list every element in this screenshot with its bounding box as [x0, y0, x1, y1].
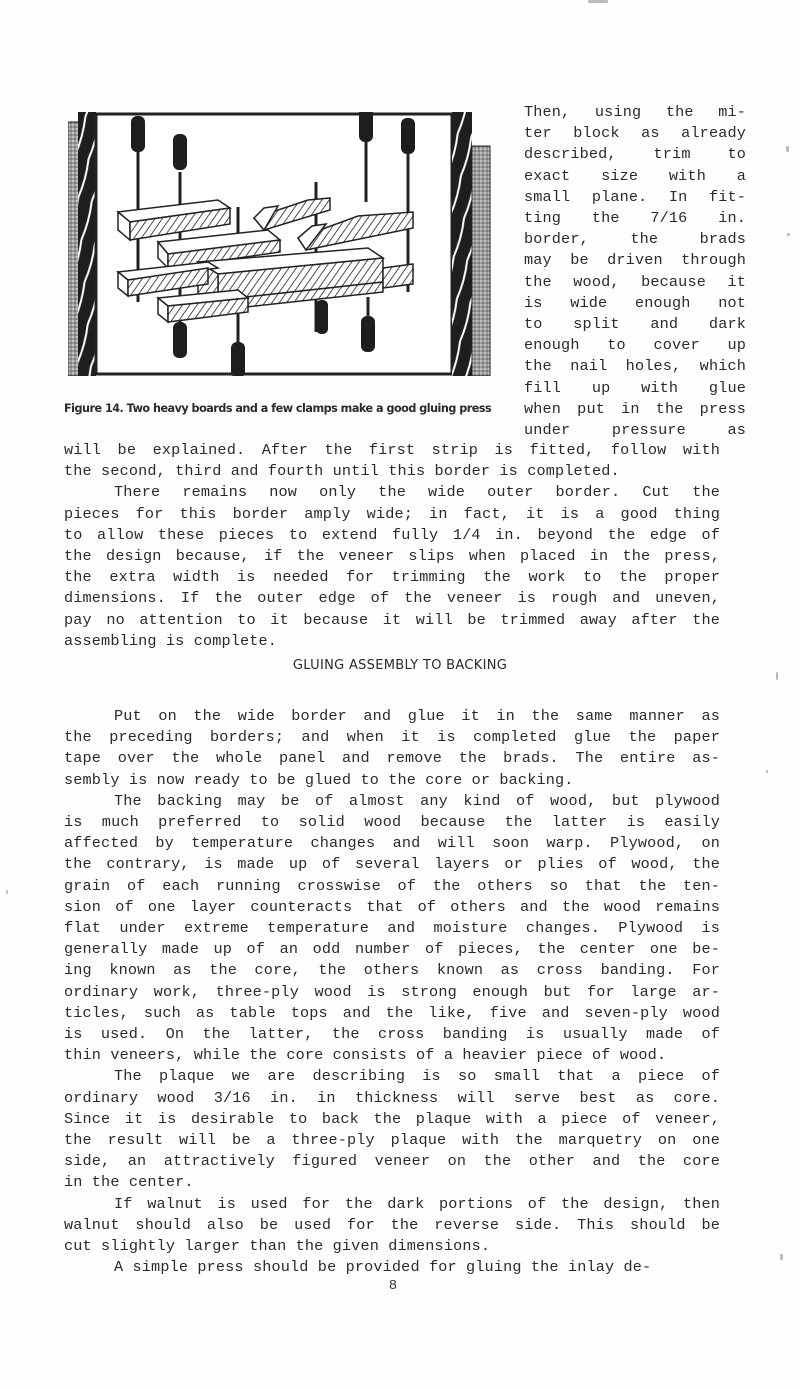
scan-artifact: [787, 233, 790, 236]
text-line: border, the brads: [524, 229, 746, 250]
paragraph: The backing may be of almost any kind of…: [64, 791, 720, 1067]
paragraph: A simple press should be provided for gl…: [64, 1257, 720, 1278]
text-line: in the center.: [64, 1172, 720, 1193]
text-line: side, an attractively figured veneer on …: [64, 1151, 720, 1172]
text-line: flat under extreme temperature and moist…: [64, 918, 720, 939]
text-line: walnut should also be used for the rever…: [64, 1215, 720, 1236]
scan-artifact: [776, 672, 778, 680]
text-line: the extra width is needed for trimming t…: [64, 567, 720, 588]
text-line: thin veneers, while the core consists of…: [64, 1045, 720, 1066]
paragraph: There remains now only the wide outer bo…: [64, 482, 720, 652]
text-line: pay no attention to it because it will b…: [64, 610, 720, 631]
paragraph: will be explained. After the first strip…: [64, 440, 720, 482]
document-page: Figure 14. Two heavy boards and a few cl…: [0, 0, 800, 1389]
side-column-text: Then, using the mi-ter block as alreadyd…: [524, 102, 746, 441]
text-line: Put on the wide border and glue it in th…: [64, 706, 720, 727]
text-line: to allow these pieces to extend fully 1/…: [64, 525, 720, 546]
text-line: is used. On the latter, the cross bandin…: [64, 1024, 720, 1045]
text-line: ting the 7/16 in.: [524, 208, 746, 229]
text-line: There remains now only the wide outer bo…: [64, 482, 720, 503]
text-line: is much preferred to solid wood because …: [64, 812, 720, 833]
text-line: ordinary wood 3/16 in. in thickness will…: [64, 1088, 720, 1109]
text-line: If walnut is used for the dark portions …: [64, 1194, 720, 1215]
body-text-section-2: Put on the wide border and glue it in th…: [64, 706, 720, 1278]
text-line: affected by temperature changes and will…: [64, 833, 720, 854]
text-line: The backing may be of almost any kind of…: [64, 791, 720, 812]
text-line: small plane. In fit-: [524, 187, 746, 208]
scan-artifact: [786, 146, 789, 152]
text-line: the result will be a three-ply plaque wi…: [64, 1130, 720, 1151]
section-heading: GLUING ASSEMBLY TO BACKING: [0, 658, 800, 673]
text-line: to split and dark: [524, 314, 746, 335]
text-line: The plaque we are describing is so small…: [64, 1066, 720, 1087]
figure-illustration: [68, 112, 498, 376]
paragraph: The plaque we are describing is so small…: [64, 1066, 720, 1193]
text-line: tape over the whole panel and remove the…: [64, 748, 720, 769]
text-line: ing known as the core, the others known …: [64, 960, 720, 981]
text-line: exact size with a: [524, 166, 746, 187]
text-line: enough to cover up: [524, 335, 746, 356]
text-line: described, trim to: [524, 144, 746, 165]
text-line: the preceding borders; and when it is co…: [64, 727, 720, 748]
text-line: assembling is complete.: [64, 631, 720, 652]
scan-artifact: [780, 1254, 783, 1260]
text-line: dimensions. If the outer edge of the ven…: [64, 588, 720, 609]
text-line: may be driven through: [524, 250, 746, 271]
scan-artifact: [6, 890, 8, 894]
scan-artifact: [766, 770, 768, 773]
text-line: sembly is now ready to be glued to the c…: [64, 770, 720, 791]
page-number: 8: [0, 1278, 786, 1294]
gluing-press-illustration: [68, 112, 498, 376]
text-line: the design because, if the veneer slips …: [64, 546, 720, 567]
text-line: ticles, such as table tops and the like,…: [64, 1003, 720, 1024]
text-line: the second, third and fourth until this …: [64, 461, 720, 482]
scan-artifact: [588, 0, 608, 3]
text-line: generally made up of an odd number of pi…: [64, 939, 720, 960]
text-line: is wide enough not: [524, 293, 746, 314]
text-line: will be explained. After the first strip…: [64, 440, 720, 461]
paragraph: If walnut is used for the dark portions …: [64, 1194, 720, 1258]
figure-caption: Figure 14. Two heavy boards and a few cl…: [64, 402, 491, 415]
text-line: sion of one layer counteracts that of ot…: [64, 897, 720, 918]
text-line: pieces for this border amply wide; in fa…: [64, 504, 720, 525]
body-text-section-1: will be explained. After the first strip…: [64, 440, 720, 652]
text-line: under pressure as: [524, 420, 746, 441]
text-line: Then, using the mi-: [524, 102, 746, 123]
text-line: grain of each running crosswise of the o…: [64, 876, 720, 897]
text-line: fill up with glue: [524, 378, 746, 399]
text-line: when put in the press: [524, 399, 746, 420]
text-line: the nail holes, which: [524, 356, 746, 377]
paragraph: Put on the wide border and glue it in th…: [64, 706, 720, 791]
text-line: the wood, because it: [524, 272, 746, 293]
text-line: cut slightly larger than the given dimen…: [64, 1236, 720, 1257]
text-line: the contrary, is made up of several laye…: [64, 854, 720, 875]
text-line: ter block as already: [524, 123, 746, 144]
text-line: A simple press should be provided for gl…: [64, 1257, 720, 1278]
text-line: Since it is desirable to back the plaque…: [64, 1109, 720, 1130]
text-line: ordinary work, three-ply wood is strong …: [64, 982, 720, 1003]
